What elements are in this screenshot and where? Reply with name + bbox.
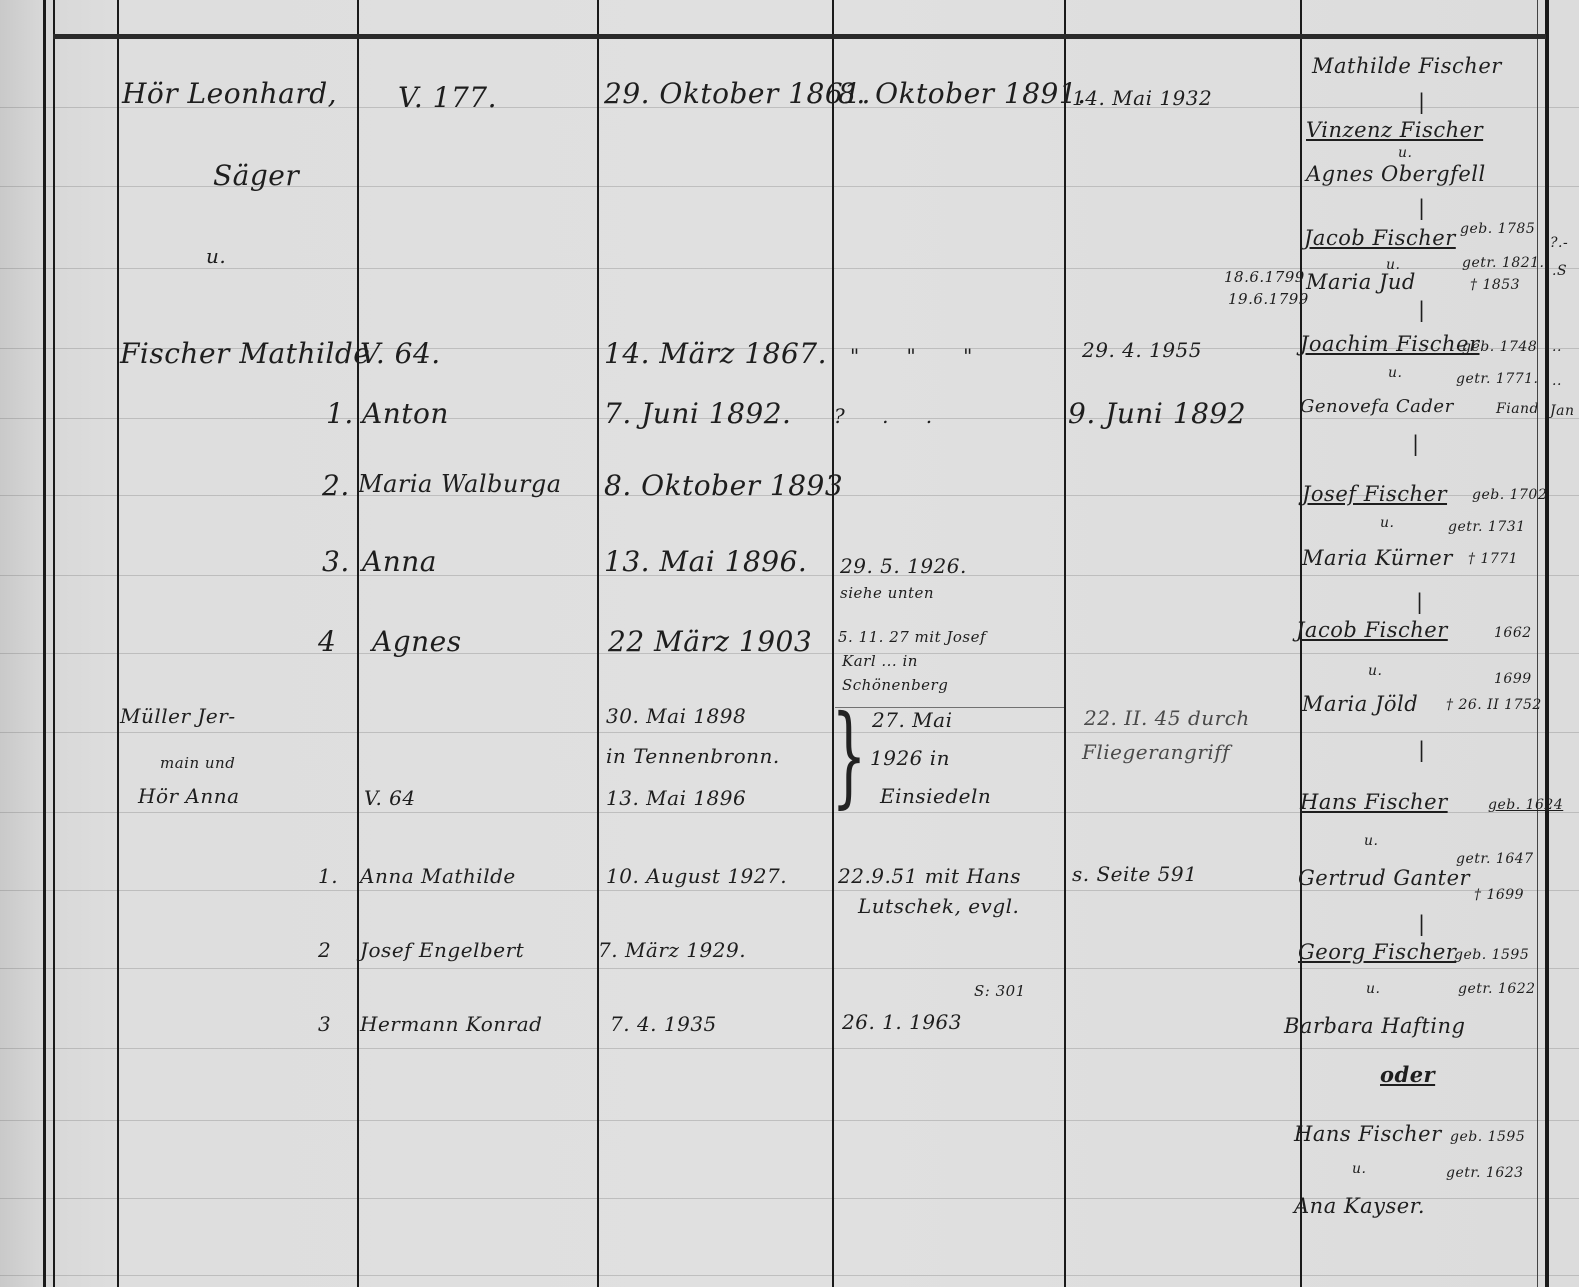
child-birth: 22 März 1903	[608, 628, 812, 656]
child2-birth: 7. 4. 1935	[610, 1014, 717, 1034]
husband2-death: 22. II. 45 durch	[1084, 708, 1250, 728]
child-name: Maria Walburga	[358, 472, 562, 496]
wife2-name: Hör Anna	[138, 786, 240, 806]
conjunction: u.	[1398, 146, 1412, 160]
child2-death-ref: s. Seite 591	[1072, 864, 1197, 884]
child-marriage: 29. 5. 1926.	[840, 556, 967, 576]
conjunction: u.	[1380, 516, 1394, 530]
child-number: 4	[318, 628, 336, 656]
lineage-connector: |	[1418, 300, 1426, 321]
conjunction: u.	[1368, 664, 1382, 678]
ruled-line	[0, 1048, 1579, 1049]
marriage-date: 8. Oktober 1891.	[838, 80, 1087, 108]
child-name: Anna	[362, 548, 437, 576]
child2-name: Josef Engelbert	[360, 940, 524, 960]
wife-death: 29. 4. 1955	[1082, 340, 1202, 360]
lineage-connector: |	[1418, 740, 1426, 761]
ruled-line	[0, 268, 1579, 269]
brace: }	[832, 700, 867, 810]
child2-name: Anna Mathilde	[360, 866, 516, 886]
lineage-connector: |	[1416, 592, 1424, 613]
ancestor: Vinzenz Fischer	[1306, 120, 1483, 141]
ruled-line	[0, 968, 1579, 969]
column-line	[1545, 0, 1549, 1287]
ancestor-date: geb. 1748	[1462, 340, 1537, 354]
husband2-name: Müller Jer-	[120, 706, 236, 726]
ancestor-date: geb. 1624	[1488, 798, 1563, 812]
child-number: 3.	[322, 548, 350, 576]
marriage2-year: 1926 in	[870, 748, 950, 768]
ancestor-date: geb. 1595	[1454, 948, 1529, 962]
ancestor: Ana Kayser.	[1294, 1196, 1425, 1217]
ancestor: Maria Jud	[1306, 272, 1416, 293]
child2-marriage-spouse: Lutschek, evgl.	[858, 896, 1019, 916]
column-line	[53, 0, 55, 1287]
conjunction: u.	[1388, 366, 1402, 380]
column-line	[1064, 0, 1066, 1287]
register-page: Hör Leonhard, Säger u. V. 177. 29. Oktob…	[0, 0, 1579, 1287]
child-birth: 13. Mai 1896.	[604, 548, 807, 576]
ancestor-date: † 1699	[1474, 888, 1524, 902]
ancestor: Agnes Obergfell	[1306, 164, 1486, 185]
wife2-house: V. 64	[364, 788, 416, 808]
ancestor-date: getr. 1647	[1456, 852, 1534, 866]
lineage-connector: |	[1418, 198, 1426, 219]
ditto-marks: " " "	[850, 346, 973, 366]
child2-number: 3	[318, 1014, 331, 1034]
child-number: 2.	[322, 472, 350, 500]
child-number: 1.	[326, 400, 354, 428]
column-line	[1537, 0, 1538, 1287]
wife2-birth: 13. Mai 1896	[606, 788, 746, 808]
child-name: Agnes	[372, 628, 462, 656]
ancestor: Josef Fischer	[1302, 484, 1447, 505]
ruled-line	[0, 1275, 1579, 1276]
child2-marriage-ref: S: 301	[974, 984, 1026, 999]
conjunction: u.	[206, 246, 226, 266]
lineage-connector: |	[1412, 434, 1420, 455]
ancestor: Genovefa Cader	[1300, 398, 1454, 416]
margin-fragment: Jan	[1550, 404, 1574, 418]
side-note: 19.6.1799	[1228, 292, 1309, 307]
husband2-birth: 30. Mai 1898	[606, 706, 746, 726]
column-line	[597, 0, 599, 1287]
column-line	[43, 0, 46, 1287]
conjunction: u.	[1366, 982, 1380, 996]
column-line	[832, 0, 834, 1287]
ancestor-date: geb. 1785	[1460, 222, 1535, 236]
ancestor-date: getr. 1622	[1458, 982, 1536, 996]
ancestor: Hans Fischer	[1294, 1124, 1442, 1145]
ruled-line	[0, 1120, 1579, 1121]
child2-marriage: 22.9.51 mit Hans	[838, 866, 1021, 886]
conjunction: u.	[1352, 1162, 1366, 1176]
ruled-line	[0, 890, 1579, 891]
lineage-connector: |	[1418, 92, 1426, 113]
marriage2-place: Einsiedeln	[880, 786, 991, 806]
ancestor-date: 1699	[1494, 672, 1532, 686]
child2-marriage: 26. 1. 1963	[842, 1012, 962, 1032]
marriage2-day: 27. Mai	[872, 710, 952, 730]
husband-death: 14. Mai 1932	[1072, 88, 1212, 108]
husband2-birthplace: in Tennenbronn.	[606, 746, 780, 766]
ancestor-date: getr. 1771.	[1456, 372, 1539, 386]
ancestor-date: † 26. II 1752	[1446, 698, 1542, 712]
ancestor-date: geb. 1702	[1472, 488, 1547, 502]
husband2-name-cont: main und	[160, 756, 235, 771]
husband2-death-cause: Fliegerangriff	[1082, 742, 1230, 762]
husband-occupation: Säger	[213, 162, 299, 190]
ancestor-date: 1662	[1494, 626, 1532, 640]
margin-fragment: ..	[1552, 340, 1562, 354]
child-birth: 7. Juni 1892.	[604, 400, 791, 428]
ancestor: Georg Fischer	[1298, 942, 1456, 963]
ancestor-date: † 1853	[1470, 278, 1520, 292]
child2-birth: 7. März 1929.	[598, 940, 746, 960]
child-marriage: ? . .	[834, 406, 933, 426]
header-rule	[53, 34, 1546, 39]
ruled-line	[0, 732, 1579, 733]
ancestor: Hans Fischer	[1300, 792, 1448, 813]
child-name: Anton	[362, 400, 449, 428]
column-line	[117, 0, 119, 1287]
ancestor-date: getr. 1731	[1448, 520, 1526, 534]
child2-number: 1.	[318, 866, 338, 886]
child-birth: 8. Oktober 1893	[604, 472, 843, 500]
child-death: 9. Juni 1892	[1068, 400, 1246, 428]
child2-birth: 10. August 1927.	[606, 866, 787, 886]
child-marriage-note: Karl ... in	[842, 654, 918, 669]
side-note: 18.6.1799	[1224, 270, 1305, 285]
ancestor-date: getr. 1821.	[1462, 256, 1545, 270]
column-line	[357, 0, 359, 1287]
ancestor-detail: Fiand	[1496, 402, 1539, 416]
wife-house: V. 64.	[360, 340, 441, 368]
child2-name: Hermann Konrad	[360, 1014, 542, 1034]
ancestor-date: † 1771	[1468, 552, 1518, 566]
margin-fragment: .S	[1552, 264, 1567, 278]
alternative-marker: oder	[1380, 1064, 1435, 1085]
margin-fragment: ?.-	[1550, 236, 1568, 250]
child2-number: 2	[318, 940, 331, 960]
ancestor: Joachim Fischer	[1300, 334, 1480, 355]
wife-birth: 14. März 1867.	[604, 340, 827, 368]
ancestor: Maria Kürner	[1302, 548, 1453, 569]
husband-house: V. 177.	[398, 84, 497, 112]
ancestor: Gertrud Ganter	[1298, 868, 1470, 889]
husband-birth: 29. Oktober 1861.	[604, 80, 871, 108]
husband-name: Hör Leonhard,	[122, 80, 337, 108]
child-marriage-note: siehe unten	[840, 586, 934, 601]
column-line	[1300, 0, 1302, 1287]
ancestor-date: getr. 1623	[1446, 1166, 1524, 1180]
ancestor: Maria Jöld	[1302, 694, 1418, 715]
ancestor: Barbara Hafting	[1284, 1016, 1465, 1037]
margin-fragment: ..	[1552, 374, 1562, 388]
ancestor-date: geb. 1595	[1450, 1130, 1525, 1144]
ancestor: Jacob Fischer	[1304, 228, 1456, 249]
child-marriage: 5. 11. 27 mit Josef	[838, 630, 986, 645]
ancestor: Jacob Fischer	[1296, 620, 1448, 641]
ancestor: Mathilde Fischer	[1312, 56, 1502, 77]
lineage-connector: |	[1418, 914, 1426, 935]
conjunction: u.	[1364, 834, 1378, 848]
wife-name: Fischer Mathilde	[120, 340, 370, 368]
